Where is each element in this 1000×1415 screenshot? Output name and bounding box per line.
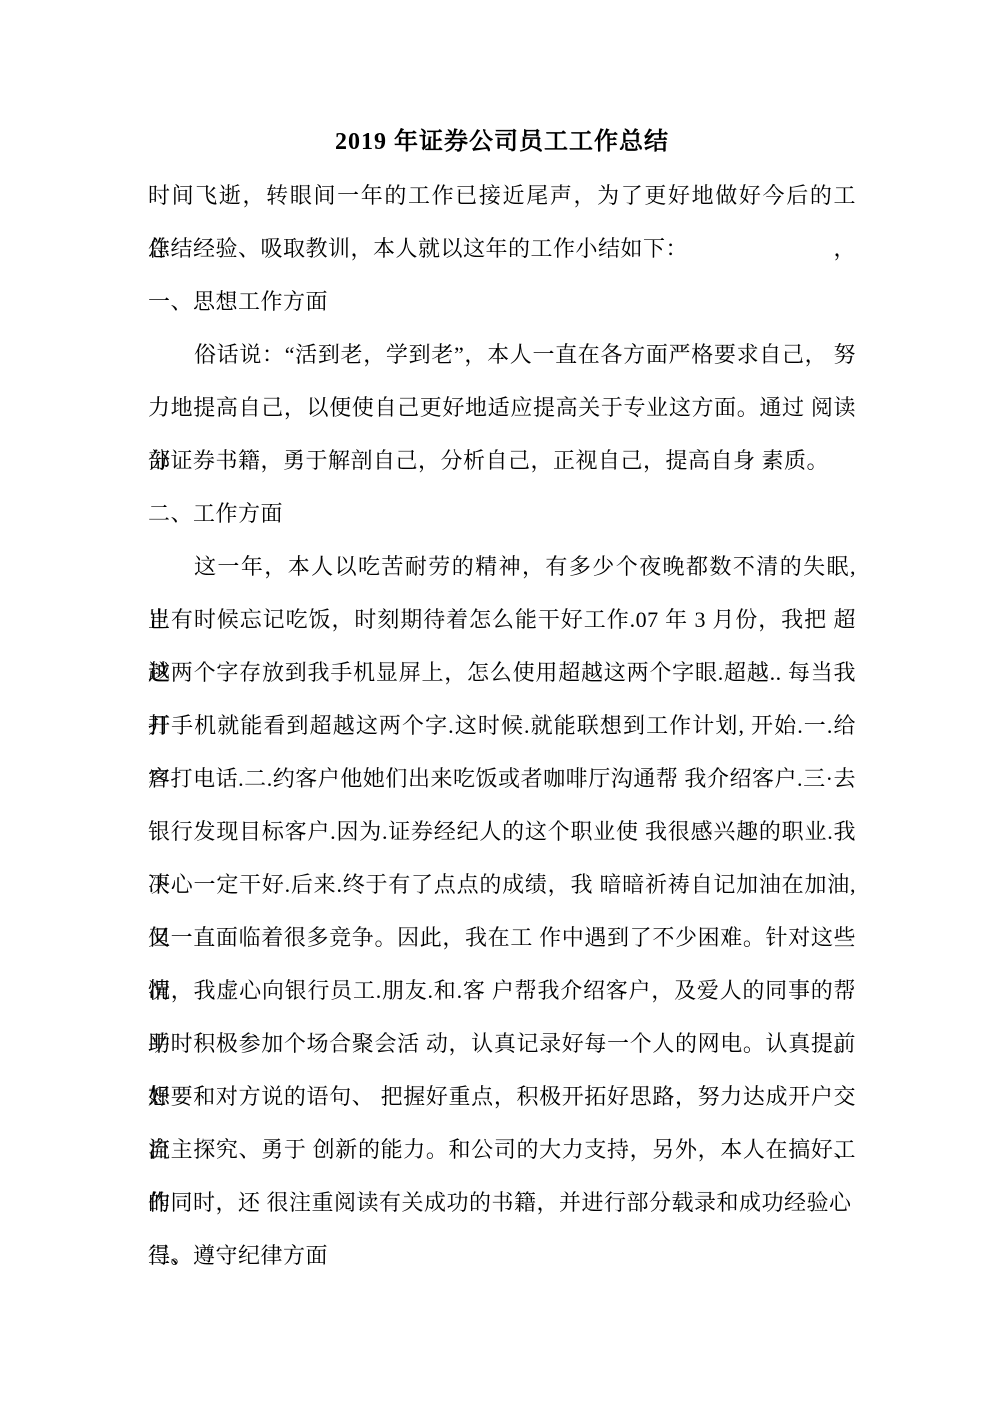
- text-line: 时间飞逝，转眼间一年的工作已接近尾声，为了更好地做好今后的工 作，: [148, 169, 856, 222]
- document-blocks: 时间飞逝，转眼间一年的工作已接近尾声，为了更好地做好今后的工 作，总结经验、吸取…: [148, 169, 856, 1282]
- document-body: 2019 年证券公司员工工作总结 时间飞逝，转眼间一年的工作已接近尾声，为了更好…: [148, 116, 856, 1282]
- text-line: 好要和对方说的语句、 把握好重点，积极开拓好思路，努力达成开户交流、: [148, 1070, 856, 1123]
- text-line: 况，我虚心向银行员工.朋友.和.客 户帮我介绍客户，及爱人的同事的帮助。: [148, 964, 856, 1017]
- document-title: 2019 年证券公司员工工作总结: [148, 116, 856, 169]
- paragraph: 这一年，本人以吃苦耐劳的精神，有多少个夜晚都数不清的失眠, 岂止有时候忘记吃饭，…: [148, 540, 856, 1229]
- text-line: 户打电话.二.约客户他她们出来吃饭或者咖啡厅沟通帮 我介绍客户.三·去: [148, 752, 856, 805]
- text-line: 分证券书籍，勇于解剖自己，分析自己，正视自己，提高自身 素质。: [148, 434, 856, 487]
- section-heading: 二、工作方面: [148, 487, 856, 540]
- text-line: 平时积极参加个场合聚会活 动，认真记录好每一个人的网电。认真提前想: [148, 1017, 856, 1070]
- text-line: 止有时候忘记吃饭，时刻期待着怎么能干好工作.07 年 3 月份，我把 超越: [148, 593, 856, 646]
- section-heading: 一、思想工作方面: [148, 275, 856, 328]
- section-heading: 三、遵守纪律方面: [148, 1229, 856, 1282]
- text-line: 俗话说：“活到老，学到老”，本人一直在各方面严格要求自己， 努: [148, 328, 856, 381]
- text-line: 决心一定干好.后来.终于有了点点的成绩，我 暗暗祈祷自记加油在加油,但: [148, 858, 856, 911]
- text-line: 又一直面临着很多竞争。因此，我在工 作中遇到了不少困难。针对这些情: [148, 911, 856, 964]
- paragraph: 时间飞逝，转眼间一年的工作已接近尾声，为了更好地做好今后的工 作，总结经验、吸取…: [148, 169, 856, 275]
- text-line: 这两个字存放到我手机显屏上，怎么使用超越这两个字眼.超越.. 每当我打: [148, 646, 856, 699]
- text-line: 力地提高自己，以便使自己更好地适应提高关于专业这方面。通过 阅读部: [148, 381, 856, 434]
- text-line: 这一年，本人以吃苦耐劳的精神，有多少个夜晚都数不清的失眠, 岂: [148, 540, 856, 593]
- paragraph: 俗话说：“活到老，学到老”，本人一直在各方面严格要求自己， 努力地提高自己，以便…: [148, 328, 856, 487]
- text-line: 银行发现目标客户.因为.证券经纪人的这个职业使 我很感兴趣的职业.我下: [148, 805, 856, 858]
- text-line: 开手机就能看到超越这两个字.这时候.就能联想到工作计划, 开始.一.给客: [148, 699, 856, 752]
- text-line: 的同时，还 很注重阅读有关成功的书籍，并进行部分载录和成功经验心得。: [148, 1176, 856, 1229]
- text-line: 自主探究、勇于 创新的能力。和公司的大力支持，另外，本人在搞好工作: [148, 1123, 856, 1176]
- document-page: 2019 年证券公司员工工作总结 时间飞逝，转眼间一年的工作已接近尾声，为了更好…: [0, 0, 1000, 1415]
